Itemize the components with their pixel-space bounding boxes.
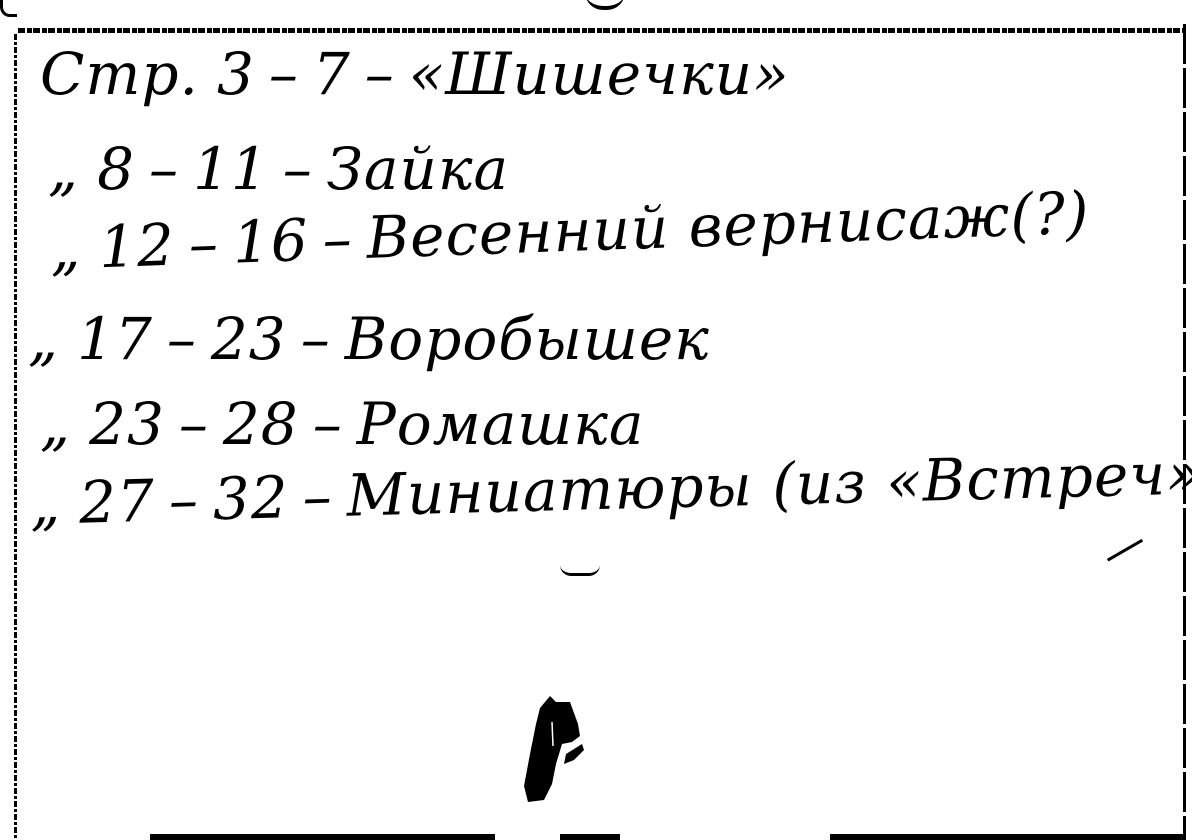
index-card: Стр.3–7–«Шишечки» „8–11–Зайка „12–16–Вес… bbox=[0, 0, 1192, 840]
left-border-rule bbox=[14, 34, 17, 840]
entry-pages-start: 27 bbox=[78, 467, 156, 537]
entry-pages-end: 16 bbox=[232, 206, 310, 277]
bottom-border-rule bbox=[830, 834, 1185, 840]
entry-prefix: Стр. bbox=[40, 40, 199, 108]
entry-dash: – bbox=[149, 135, 179, 203]
entry-dash: – bbox=[283, 135, 313, 203]
entry-prefix: „ bbox=[29, 469, 62, 538]
entry-prefix: „ bbox=[28, 305, 59, 373]
entry-dash: – bbox=[301, 305, 331, 373]
entry-prefix: „ bbox=[49, 214, 82, 283]
entry-dash: – bbox=[365, 40, 395, 108]
entry-pages-end: 23 bbox=[211, 305, 287, 373]
entry-dash: – bbox=[302, 462, 334, 531]
entry-title: Зайка bbox=[327, 135, 509, 203]
entry-dash: – bbox=[167, 305, 197, 373]
entry-dash: – bbox=[269, 40, 299, 108]
entry-pages-end: 11 bbox=[193, 135, 269, 203]
entry-prefix: „ bbox=[48, 135, 79, 203]
entry-line-2: „8–11–Зайка bbox=[48, 135, 509, 203]
entry-title: «Шишечки» bbox=[409, 40, 790, 108]
entry-line-1: Стр.3–7–«Шишечки» bbox=[40, 40, 790, 108]
right-border-rule bbox=[1183, 24, 1186, 840]
ink-blot-icon bbox=[522, 694, 592, 804]
entry-pages-end: 7 bbox=[313, 40, 351, 108]
entry-line-5: „23–28–Ромашка bbox=[40, 390, 644, 458]
entry-line-4: „17–23–Воробышек bbox=[28, 305, 710, 373]
entry-pages-end: 32 bbox=[212, 463, 290, 533]
entry-title: Ромашка bbox=[357, 390, 645, 458]
entry-prefix: „ bbox=[40, 390, 71, 458]
entry-pages-start: 17 bbox=[77, 305, 153, 373]
top-edge-mark bbox=[585, 0, 625, 10]
entry-dash: – bbox=[168, 466, 200, 535]
entry-dash: – bbox=[321, 204, 353, 273]
entry-dash: – bbox=[179, 390, 209, 458]
bottom-border-rule bbox=[150, 834, 495, 840]
entry-pages-end: 28 bbox=[223, 390, 299, 458]
entry-dash: – bbox=[188, 209, 220, 278]
entry-pages-start: 23 bbox=[89, 390, 165, 458]
entry-title: Воробышек bbox=[345, 305, 710, 373]
entry-pages-start: 12 bbox=[98, 211, 176, 282]
corner-mark bbox=[0, 0, 17, 17]
entry-dash: – bbox=[313, 390, 343, 458]
handwriting-tail-stroke bbox=[1097, 522, 1143, 562]
top-border-rule bbox=[18, 28, 1183, 33]
entry-pages-start: 3 bbox=[217, 40, 255, 108]
bottom-border-rule bbox=[560, 834, 620, 840]
underline-stroke bbox=[560, 565, 600, 576]
entry-pages-start: 8 bbox=[97, 135, 135, 203]
